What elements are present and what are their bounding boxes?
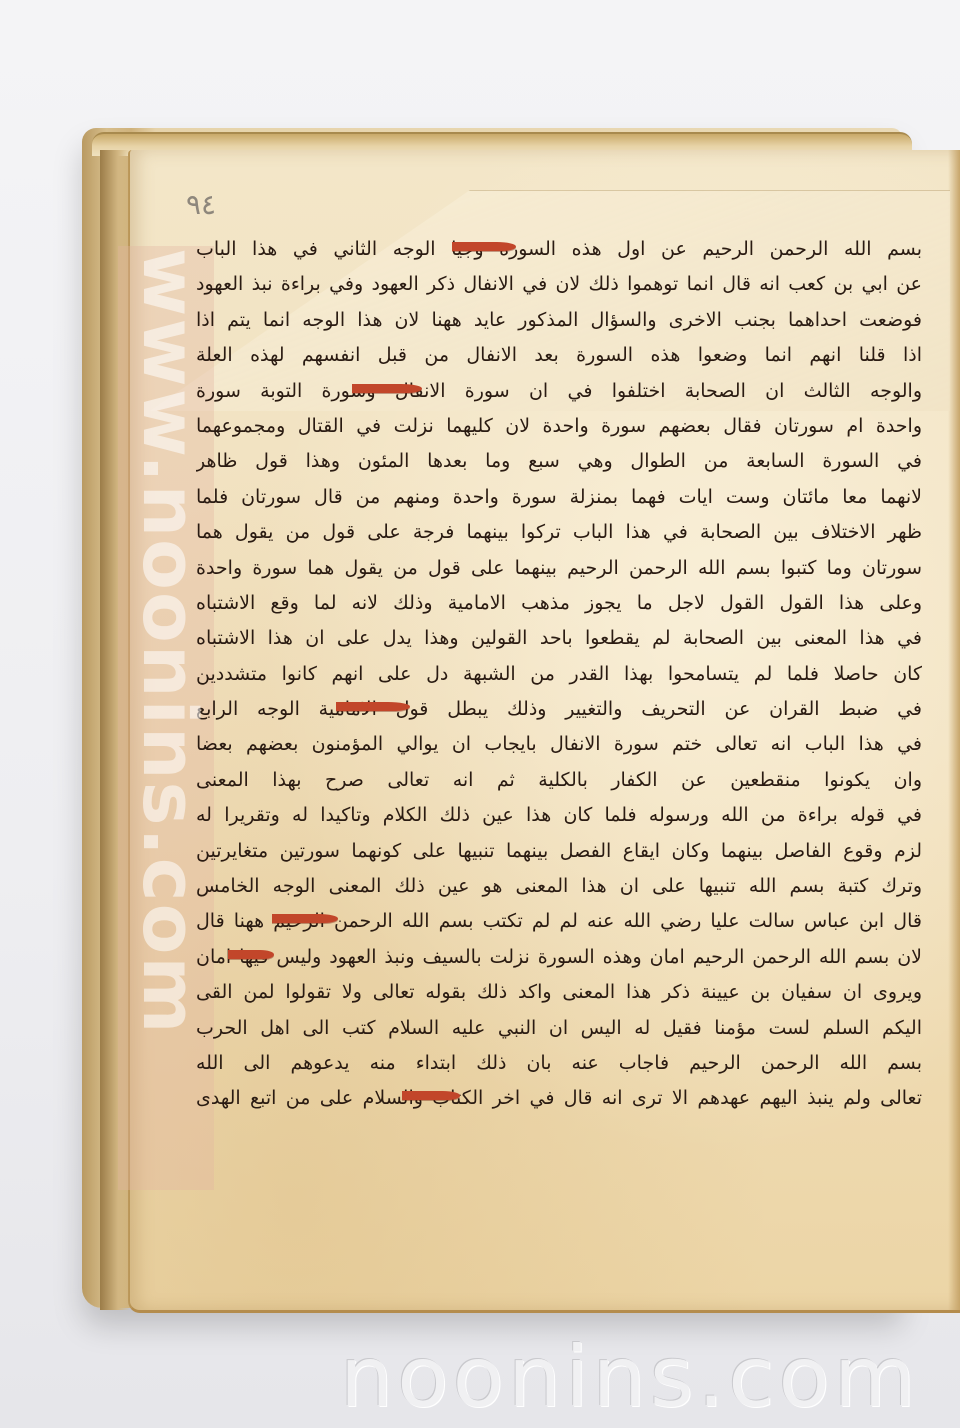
manuscript-line: وعلى هذا القول القول لاجل ما يجوز مذهب ا… (196, 586, 922, 621)
manuscript-line: بسم الله الرحمن الرحيم فاجاب عنه بان ذلك… (196, 1046, 922, 1081)
manuscript-line: كان حاصلا فلما لم يتسامحوا بهذا القدر من… (196, 657, 922, 692)
manuscript-line: في ضبط القران عن التحريف والتغيير وذلك ي… (196, 692, 922, 727)
rubric-overline-mark (336, 702, 410, 711)
manuscript-line: بسم الله الرحمن الرحيم عن اول هذه السورة… (196, 232, 922, 267)
manuscript-line: عن ابي بن كعب انه قال انما توهموا ذلك لا… (196, 267, 922, 302)
manuscript-line: سورتان وما كتبوا بسم الله الرحمن الرحيم … (196, 551, 922, 586)
manuscript-line: لزم وقوع الفاصل بينهما وكان ايقاع الفصل … (196, 834, 922, 869)
rubric-overline-mark (228, 950, 274, 959)
manuscript-line: في قوله براءة من الله ورسوله فلما كان هذ… (196, 798, 922, 833)
manuscript-line: ويروى ان سفيان بن عيينة ذكر هذا المعنى و… (196, 975, 922, 1010)
manuscript-text: بسم الله الرحمن الرحيم عن اول هذه السورة… (196, 232, 922, 1117)
watermark-bottom: noonins.com (340, 1328, 960, 1426)
manuscript-line: قال ابن عباس سالت عليا رضي الله عنه لم ل… (196, 904, 922, 939)
manuscript-line: لانهما معا مائتان وست ايات فهما بمنزلة س… (196, 480, 922, 515)
manuscript-line: في هذا الباب انه تعالى ختم سورة الانفال … (196, 727, 922, 762)
watermark-vertical: www.noonins.com (126, 248, 212, 1036)
manuscript-line: ظهر الاختلاف بين الصحابة في هذا الباب تر… (196, 515, 922, 550)
manuscript-line: اليكم السلم لست مؤمنا فقيل له اليس ان ال… (196, 1011, 922, 1046)
manuscript-line: في هذا المعنى بين الصحابة لم يقطعوا باحد… (196, 621, 922, 656)
rubric-overline-mark (272, 914, 338, 923)
rubric-overline-mark (402, 1091, 460, 1100)
manuscript-line: وان يكونوا منقطعين عن الكفار بالكلية ثم … (196, 763, 922, 798)
manuscript-line: اذا قلنا انهم انما وضعوا هذه السورة بعد … (196, 338, 922, 373)
rubric-overline-mark (452, 242, 516, 251)
manuscript-line: وترك كتبة بسم الله تنبيها على ان هذا الم… (196, 869, 922, 904)
manuscript-line: في السورة السابعة من الطوال وهي سبع وما … (196, 444, 922, 479)
manuscript-line: واحدة ام سورتان فقال بعضهم سورة واحدة لا… (196, 409, 922, 444)
manuscript-line: والوجه الثالث ان الصحابة اختلفوا في ان س… (196, 374, 922, 409)
folio-number: ٩٤ (186, 188, 216, 221)
manuscript-line: فوضعت احداهما بجنب الاخرى والسؤال المذكو… (196, 303, 922, 338)
manuscript-line: لان بسم الله الرحمن الرحيم امان وهذه الس… (196, 940, 922, 975)
manuscript-line: تعالى ولم ينبذ اليهم عهدهم الا ترى انه ق… (196, 1081, 922, 1116)
rubric-overline-mark (352, 384, 422, 393)
